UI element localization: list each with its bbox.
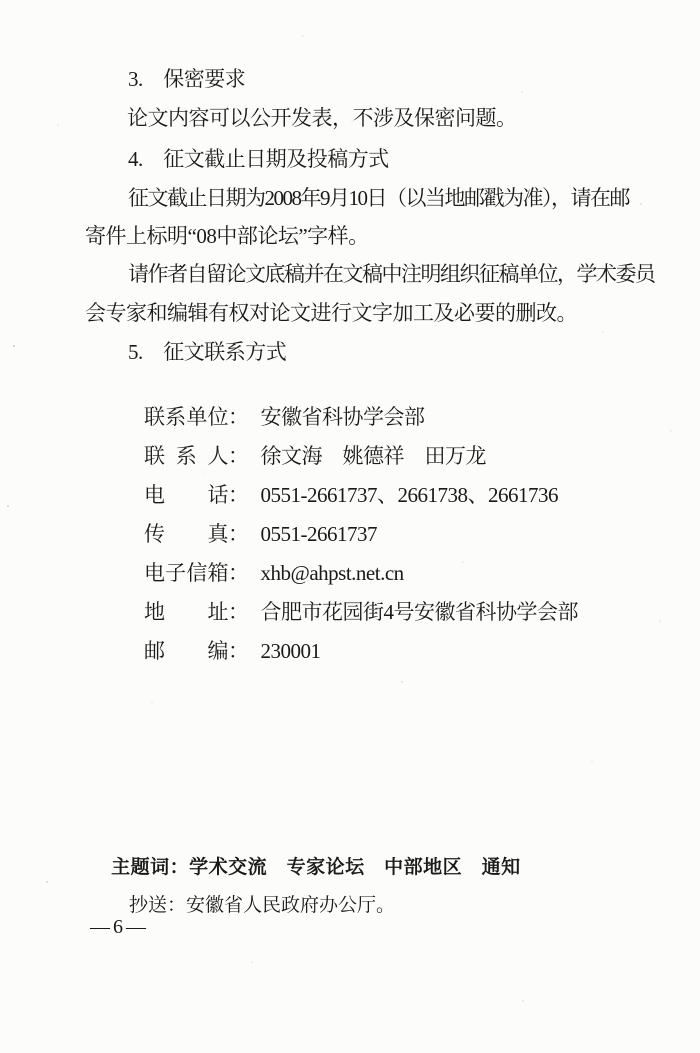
para-deadline-line2: 寄件上标明“08中部论坛”字样。 xyxy=(85,223,369,249)
contact-row-postcode: 邮编：230001 xyxy=(125,612,321,690)
contact-colon: ： xyxy=(228,638,249,664)
para-manuscript-line2: 会专家和编辑有权对论文进行文字加工及必要的删改。 xyxy=(85,300,577,326)
heading-confidentiality-requirements: 3. 保密要求 xyxy=(128,66,245,92)
contact-value-postcode: 230001 xyxy=(261,638,321,664)
para-confidentiality: 论文内容可以公开发表，不涉及保密问题。 xyxy=(127,105,517,131)
para-manuscript-line1: 请作者自留论文底稿并在文稿中注明组织征稿单位，学术委员 xyxy=(128,261,655,287)
cc-value: 安徽省人民政府办公厅。 xyxy=(186,895,395,916)
heading-contact-info: 5. 征文联系方式 xyxy=(128,339,286,365)
scanned-document-page: 3. 保密要求 论文内容可以公开发表，不涉及保密问题。 4. 征文截止日期及投稿… xyxy=(0,0,700,1053)
page-number: —6— xyxy=(90,916,149,939)
heading-deadline-and-submission: 4. 征文截止日期及投稿方式 xyxy=(128,146,389,172)
contact-label-postcode: 邮编 xyxy=(144,638,228,664)
para-deadline-line1: 征文截止日期为2008年9月10日（以当地邮戳为准），请在邮 xyxy=(128,185,629,211)
cc-label: 抄送： xyxy=(129,895,186,916)
cc-line: 抄送：安徽省人民政府办公厅。 xyxy=(110,868,395,939)
